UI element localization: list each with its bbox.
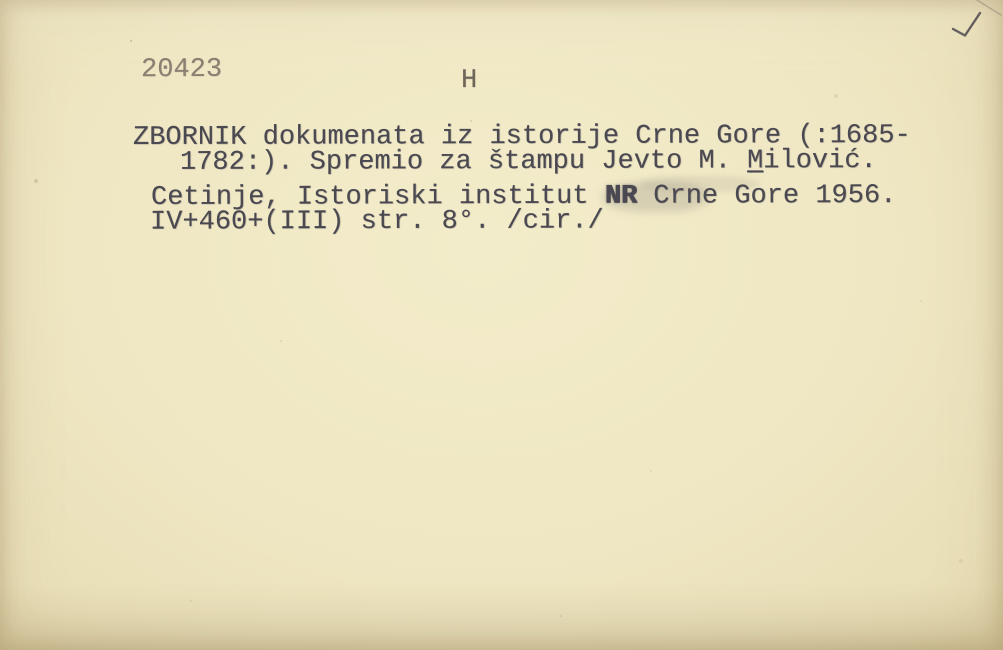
paper-specks	[0, 0, 1003, 650]
underlined-initial: M	[747, 146, 763, 176]
overstruck-text: NR	[605, 182, 637, 212]
corner-pen-mark	[971, 0, 1003, 20]
title-line-2-rest: ilović.	[763, 146, 877, 176]
catalog-number: 20423	[141, 57, 222, 84]
catalog-card: 20423 H ZBORNIK dokumenata iz istorije C…	[0, 0, 1003, 650]
title-line-2: 1782:). Spremio za štampu Jevto M. Milov…	[180, 148, 877, 177]
imprint-rest: Crne Gore 1956.	[637, 181, 896, 212]
section-letter: H	[461, 68, 477, 95]
title-line-2-pre: 1782:). Spremio za štampu Jevto M.	[180, 146, 747, 177]
collation-line: IV+460+(III) str. 8°. /cir./	[150, 208, 604, 236]
